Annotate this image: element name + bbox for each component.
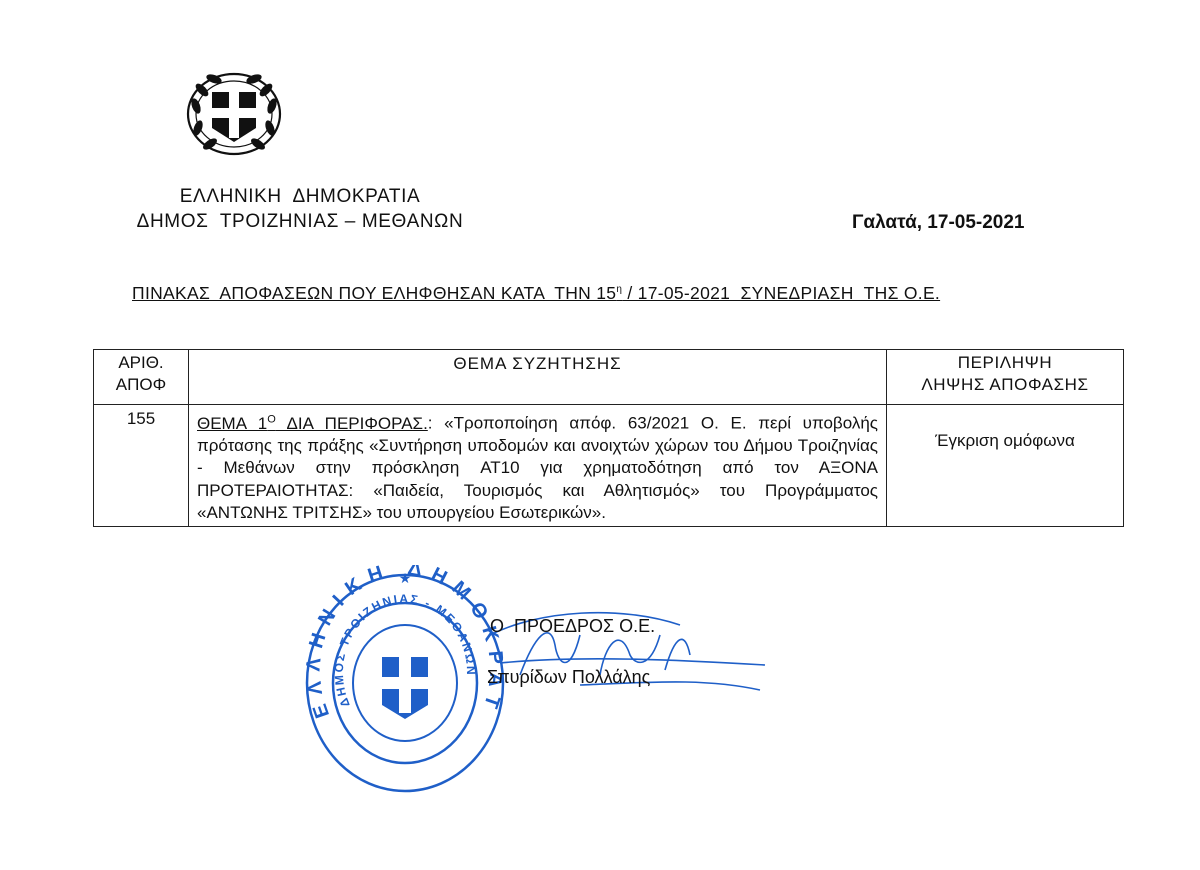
issuer-municipality: ΔΗΜΟΣ ΤΡΟΙΖΗΝΙΑΣ – ΜΕΘΑΝΩΝ bbox=[100, 209, 500, 234]
decision-summary: Έγκριση ομόφωνα bbox=[887, 405, 1124, 527]
svg-text:★: ★ bbox=[399, 570, 412, 586]
subject-lead-superscript: Ο bbox=[267, 413, 276, 425]
decision-number: 155 bbox=[94, 405, 189, 527]
decision-subject: ΘΕΜΑ 1Ο ΔΙΑ ΠΕΡΙΦΟΡΑΣ.: «Τροποποίηση από… bbox=[189, 405, 887, 527]
header-text: ΛΗΨΗΣ ΑΠΟΦΑΣΗΣ bbox=[891, 374, 1119, 396]
title-text-end: / 17-05-2021 ΣΥΝΕΔΡΙΑΣΗ ΤΗΣ Ο.Ε. bbox=[622, 283, 940, 303]
header-decision-summary: ΠΕΡΙΛΗΨΗ ΛΗΨΗΣ ΑΠΟΦΑΣΗΣ bbox=[887, 350, 1124, 405]
municipal-seal-icon: ΕΛΛΗΝΙΚΗ ΔΗΜΟΚΡΑΤΙΑ ΔΗΜΟΣ ΤΡΟΙΖΗΝΙΑΣ - Μ… bbox=[300, 565, 510, 795]
subject-lead: ΘΕΜΑ 1Ο ΔΙΑ ΠΕΡΙΦΟΡΑΣ. bbox=[197, 414, 428, 433]
greek-coat-of-arms-icon bbox=[182, 66, 286, 162]
header-decision-number: ΑΡΙΘ. ΑΠΟΦ bbox=[94, 350, 189, 405]
title-text: ΠΙΝΑΚΑΣ ΑΠΟΦΑΣΕΩΝ ΠΟΥ ΕΛΗΦΘΗΣΑΝ ΚΑΤΑ ΤΗΝ… bbox=[132, 283, 616, 303]
issuer-block: ΕΛΛΗΝΙΚΗ ΔΗΜΟΚΡΑΤΙΑ ΔΗΜΟΣ ΤΡΟΙΖΗΝΙΑΣ – Μ… bbox=[100, 184, 500, 234]
table-row: 155 ΘΕΜΑ 1Ο ΔΙΑ ΠΕΡΙΦΟΡΑΣ.: «Τροποποίηση… bbox=[94, 405, 1124, 527]
table-header-row: ΑΡΙΘ. ΑΠΟΦ ΘΕΜΑ ΣΥΖΗΤΗΣΗΣ ΠΕΡΙΛΗΨΗ ΛΗΨΗΣ… bbox=[94, 350, 1124, 405]
subject-lead-text: ΘΕΜΑ 1 bbox=[197, 414, 267, 433]
header-subject: ΘΕΜΑ ΣΥΖΗΤΗΣΗΣ bbox=[189, 350, 887, 405]
signatory-name: Σπυρίδων Πολλάλης bbox=[487, 667, 650, 688]
document-date: Γαλατά, 17-05-2021 bbox=[852, 212, 1025, 234]
header-text: ΠΕΡΙΛΗΨΗ bbox=[891, 352, 1119, 374]
signatory-title: Ο ΠΡΟΕΔΡΟΣ Ο.Ε. bbox=[490, 616, 655, 637]
subject-lead-text-end: ΔΙΑ ΠΕΡΙΦΟΡΑΣ. bbox=[276, 414, 428, 433]
issuer-country: ΕΛΛΗΝΙΚΗ ΔΗΜΟΚΡΑΤΙΑ bbox=[100, 184, 500, 209]
header-text: ΑΠΟΦ bbox=[98, 374, 184, 396]
header-text: ΑΡΙΘ. bbox=[98, 352, 184, 374]
decisions-table: ΑΡΙΘ. ΑΠΟΦ ΘΕΜΑ ΣΥΖΗΤΗΣΗΣ ΠΕΡΙΛΗΨΗ ΛΗΨΗΣ… bbox=[93, 349, 1124, 527]
document-title: ΠΙΝΑΚΑΣ ΑΠΟΦΑΣΕΩΝ ΠΟΥ ΕΛΗΦΘΗΣΑΝ ΚΑΤΑ ΤΗΝ… bbox=[132, 283, 940, 304]
